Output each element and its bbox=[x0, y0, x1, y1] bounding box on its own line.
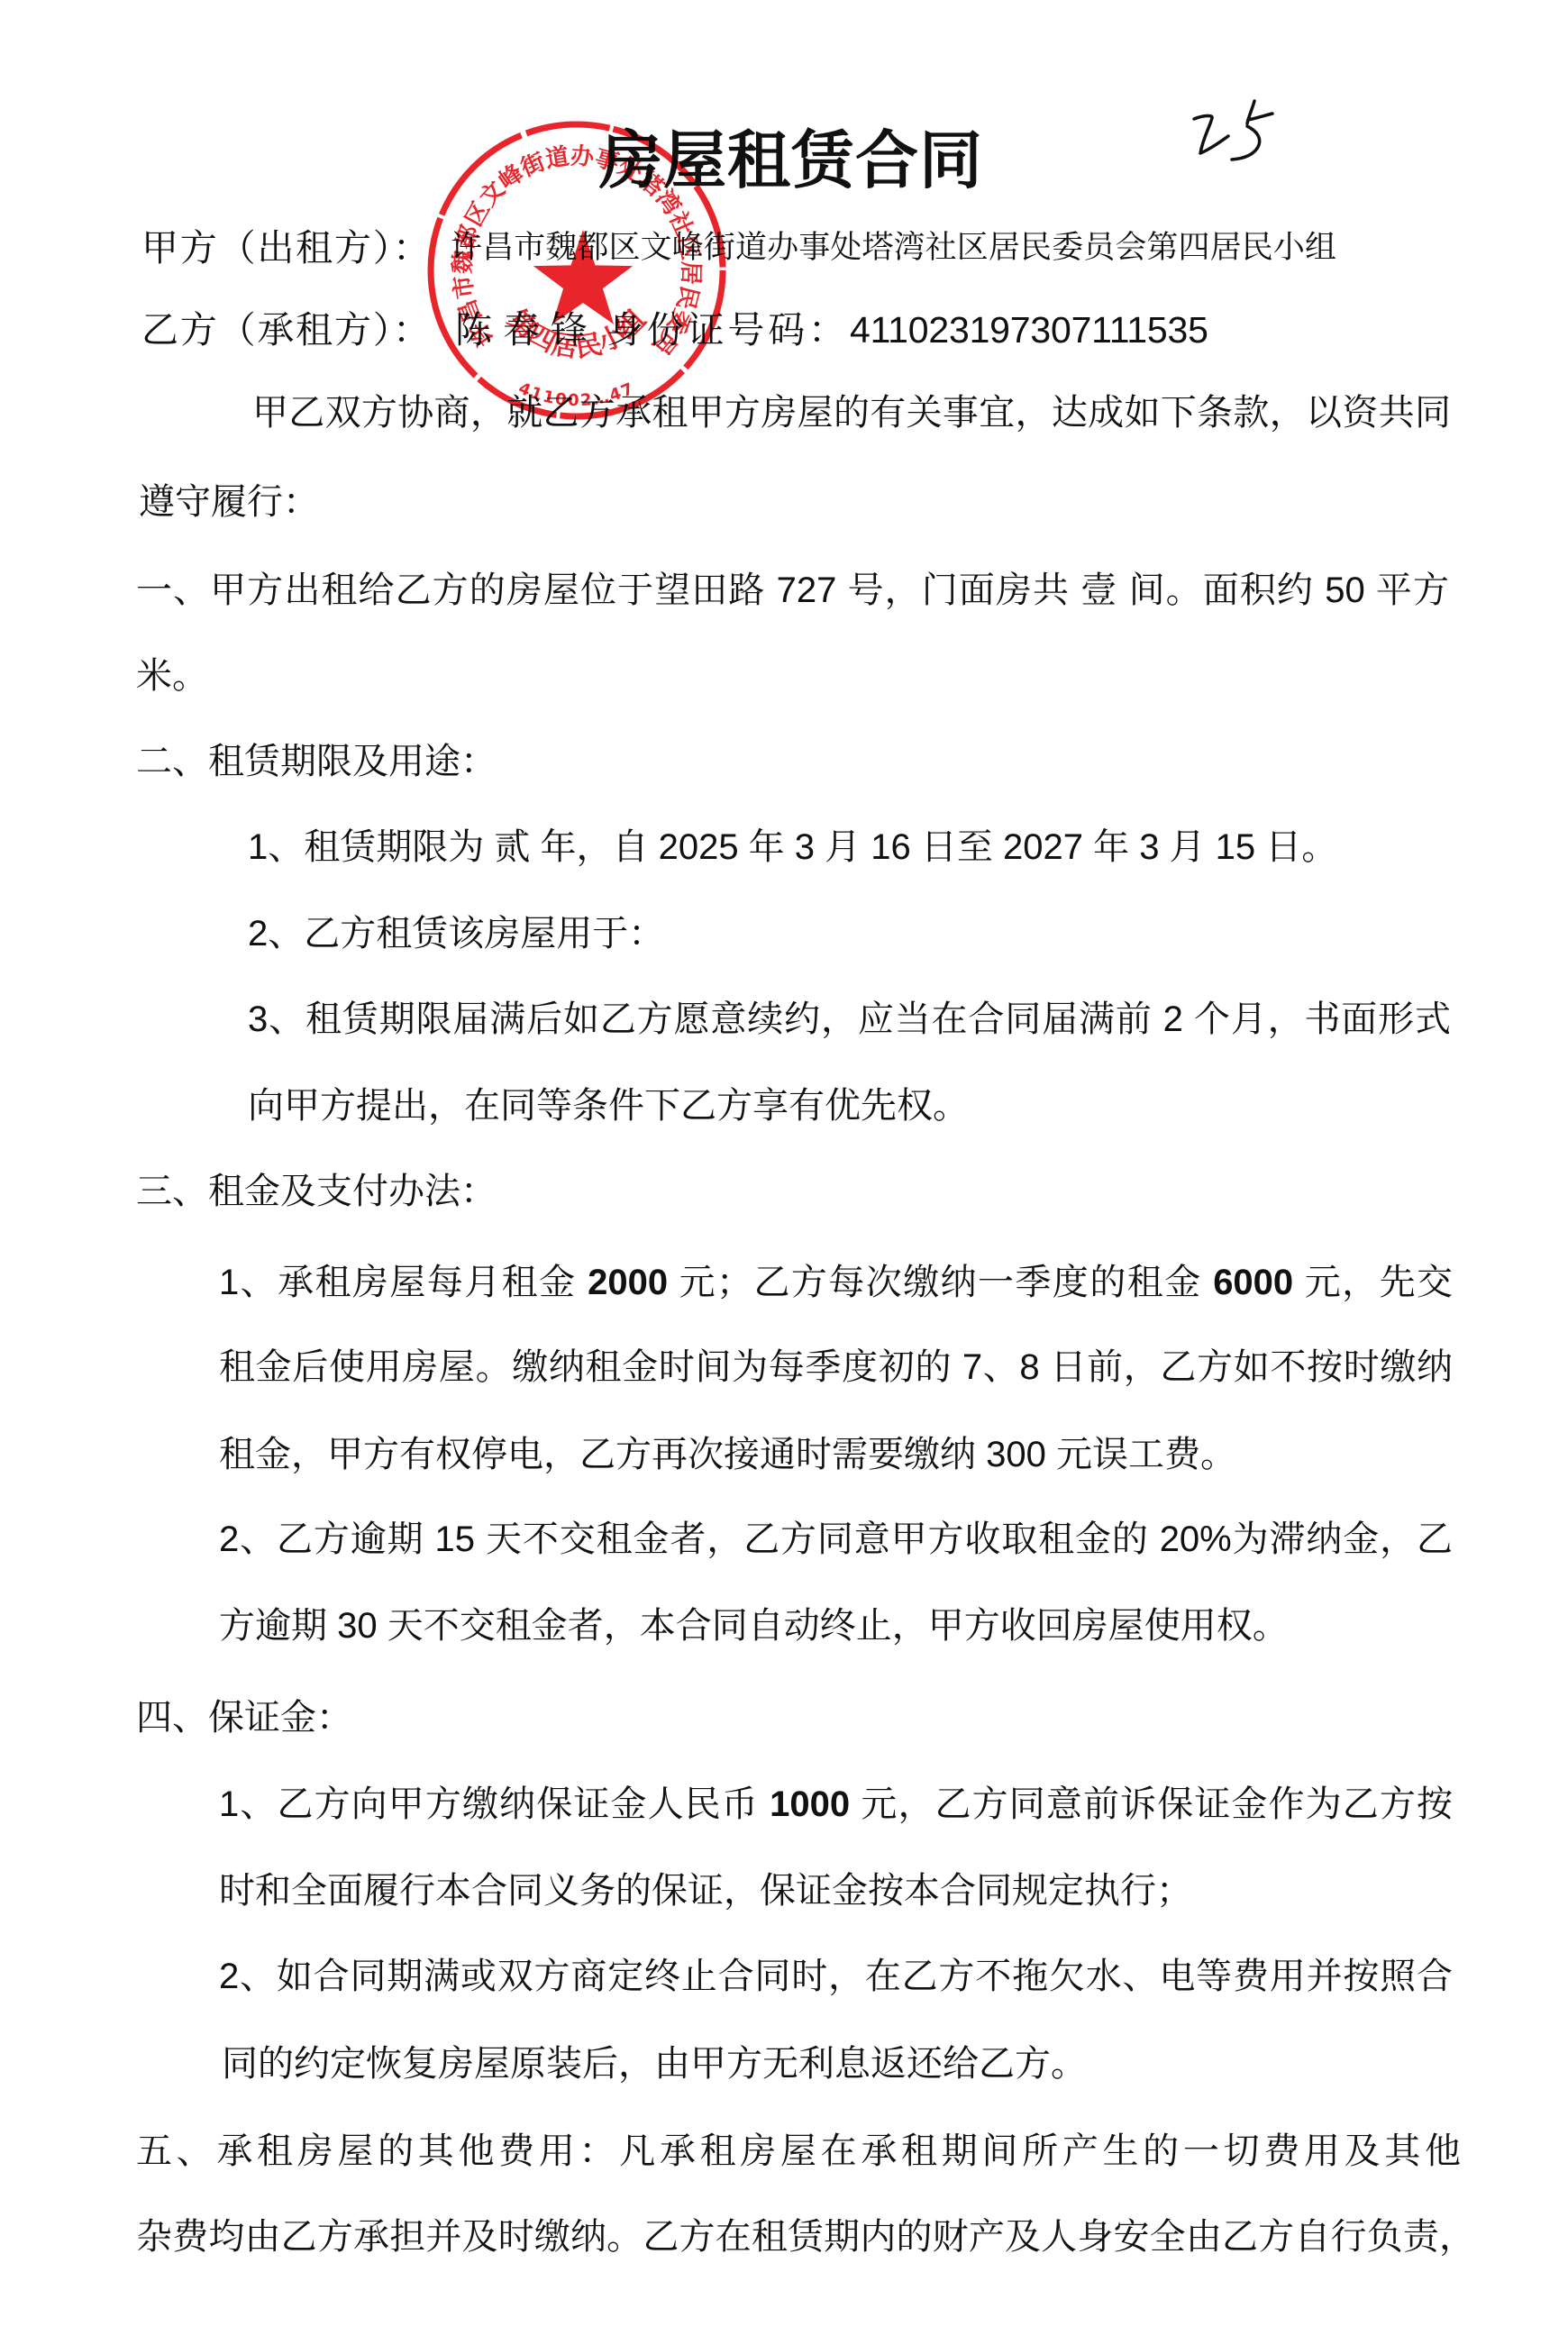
clause-3-item-1-line-3: 租金，甲方有权停电，乙方再次接通时需要缴纳 300 元误工费。 bbox=[219, 1432, 1236, 1477]
star-icon bbox=[533, 230, 633, 324]
handwritten-note-icon: 25 bbox=[1171, 81, 1289, 180]
rent-text-1: 1、承租房屋每月租金 bbox=[219, 1263, 588, 1302]
quarterly-rent-amount: 6000 bbox=[1213, 1263, 1293, 1302]
clause-3-item-2-line-1: 2、乙方逾期 15 天不交租金者，乙方同意甲方收取租金的 20%为滞纳金，乙 bbox=[219, 1517, 1453, 1562]
clause-3-heading: 三、租金及支付办法： bbox=[136, 1169, 497, 1214]
clause-1-line-1: 一、甲方出租给乙方的房屋位于望田路 727 号，门面房共 壹 间。面积约 50 … bbox=[136, 568, 1449, 613]
deposit-text-2: 元，乙方同意前诉保证金作为乙方按 bbox=[850, 1784, 1453, 1824]
clause-4-item-2-line-1: 2、如合同期满或双方商定终止合同时，在乙方不拖欠水、电等费用并按照合 bbox=[219, 1954, 1453, 1999]
deposit-text-1: 1、乙方向甲方缴纳保证金人民币 bbox=[219, 1784, 770, 1824]
seal-inner-text: 第四居民小组 bbox=[501, 304, 652, 364]
preamble-line-2: 遵守履行： bbox=[139, 479, 319, 525]
clause-4-item-1-line-1: 1、乙方向甲方缴纳保证金人民币 1000 元，乙方同意前诉保证金作为乙方按 bbox=[219, 1782, 1453, 1827]
clause-1-line-2: 米。 bbox=[136, 653, 208, 698]
clause-5-line-1: 五、承租房屋的其他费用：凡承租房屋在承租期间所产生的一切费用及其他 bbox=[136, 2129, 1461, 2174]
party-a-label: 甲方（出租方）： bbox=[141, 225, 430, 270]
rent-text-2: 元；乙方每次缴纳一季度的租金 bbox=[668, 1263, 1213, 1302]
official-seal: 许昌市魏都区文峰街道办事处塔湾社区居民委员会 第四居民小组 411002…47 bbox=[424, 113, 734, 428]
clause-2-item-2-line-1: 2、乙方租赁该房屋用于： bbox=[248, 911, 664, 956]
contract-page: 房屋租赁合同 25 甲方（出租方）： 许昌市魏都区文峰街道办事处塔湾社区居民委员… bbox=[0, 0, 1568, 2336]
deposit-amount: 1000 bbox=[770, 1784, 850, 1824]
rent-text-3: 元，先交 bbox=[1293, 1263, 1453, 1302]
clause-2-item-1-line-1: 1、租赁期限为 贰 年，自 2025 年 3 月 16 日至 2027 年 3 … bbox=[248, 825, 1337, 870]
clause-3-item-1-line-1: 1、承租房屋每月租金 2000 元；乙方每次缴纳一季度的租金 6000 元，先交 bbox=[219, 1260, 1453, 1305]
party-b-id-number: 411023197307111535 bbox=[850, 307, 1208, 352]
monthly-rent-amount: 2000 bbox=[588, 1263, 668, 1302]
clause-2-item-3-line-1: 3、租赁期限届满后如乙方愿意续约，应当在合同届满前 2 个月，书面形式 bbox=[248, 997, 1451, 1042]
clause-4-item-1-line-2: 时和全面履行本合同义务的保证，保证金按本合同规定执行； bbox=[219, 1868, 1192, 1913]
clause-2-heading: 二、租赁期限及用途： bbox=[136, 739, 497, 784]
party-b-label: 乙方（承租方）： bbox=[141, 307, 430, 352]
clause-4-item-2-line-2: 同的约定恢复房屋原装后，由甲方无利息返还给乙方。 bbox=[222, 2041, 1087, 2086]
clause-5-line-2: 杂费均由乙方承担并及时缴纳。乙方在租赁期内的财产及人身安全由乙方自行负责， bbox=[136, 2214, 1475, 2259]
clause-4-heading: 四、保证金： bbox=[136, 1695, 352, 1740]
seal-code: 411002…47 bbox=[515, 379, 638, 410]
clause-3-item-2-line-2: 方逾期 30 天不交租金者，本合同自动终止，甲方收回房屋使用权。 bbox=[219, 1603, 1289, 1648]
clause-2-item-3-line-2: 向甲方提出，在同等条件下乙方享有优先权。 bbox=[248, 1083, 969, 1128]
clause-3-item-1-line-2: 租金后使用房屋。缴纳租金时间为每季度初的 7、8 日前，乙方如不按时缴纳 bbox=[219, 1345, 1453, 1390]
